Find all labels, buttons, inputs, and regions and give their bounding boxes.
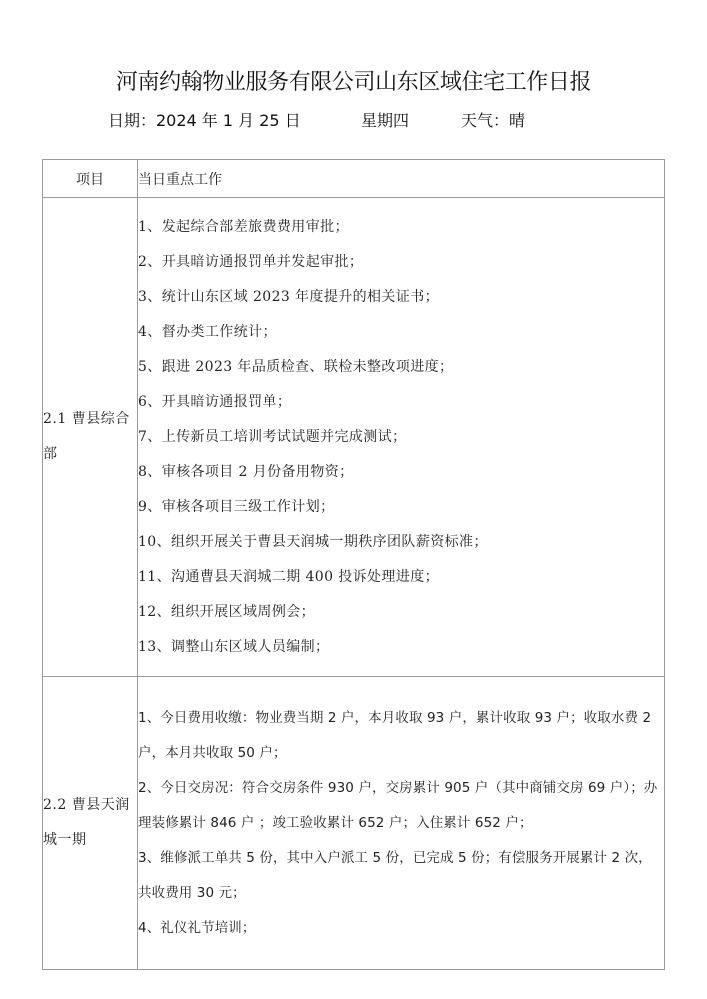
work-item: 4、督办类工作统计； [138, 315, 664, 350]
report-meta: 日期：2024 年 1 月 25 日 星期四 天气：晴 [0, 108, 707, 134]
report-title: 河南约翰物业服务有限公司山东区域住宅工作日报 [0, 68, 707, 98]
work-report-table: 项目 当日重点工作 2.1 曹县综合部 1、发起综合部差旅费费用审批； 2、开具… [42, 159, 665, 970]
work-item: 2、今日交房况：符合交房条件 930 户，交房累计 905 户（其中商铺交房 6… [138, 771, 664, 841]
work-item: 11、沟通曹县天润城二期 400 投诉处理进度； [138, 560, 664, 595]
work-item: 12、组织开展区域周例会； [138, 595, 664, 630]
work-items: 1、发起综合部差旅费费用审批； 2、开具暗访通报罚单并发起审批； 3、统计山东区… [138, 198, 665, 677]
header-project: 项目 [43, 160, 138, 198]
work-item: 8、审核各项目 2 月份备用物资； [138, 455, 664, 490]
project-name: 2.2 曹县天润城一期 [43, 677, 138, 970]
work-item: 2、开具暗访通报罚单并发起审批； [138, 245, 664, 280]
work-item: 3、统计山东区域 2023 年度提升的相关证书； [138, 280, 664, 315]
work-item: 1、发起综合部差旅费费用审批； [138, 210, 664, 245]
work-item: 1、今日费用收缴：物业费当期 2 户，本月收取 93 户，累计收取 93 户；收… [138, 701, 664, 771]
header-work: 当日重点工作 [138, 160, 665, 198]
table-row: 2.2 曹县天润城一期 1、今日费用收缴：物业费当期 2 户，本月收取 93 户… [43, 677, 665, 970]
work-item: 6、开具暗访通报罚单； [138, 385, 664, 420]
table-header-row: 项目 当日重点工作 [43, 160, 665, 198]
work-item: 5、跟进 2023 年品质检查、联检未整改项进度； [138, 350, 664, 385]
work-item: 9、审核各项目三级工作计划； [138, 490, 664, 525]
work-item: 4、礼仪礼节培训； [138, 911, 664, 946]
work-items: 1、今日费用收缴：物业费当期 2 户，本月收取 93 户，累计收取 93 户；收… [138, 677, 665, 970]
work-item: 7、上传新员工培训考试试题并完成测试； [138, 420, 664, 455]
project-name: 2.1 曹县综合部 [43, 198, 138, 677]
work-item: 10、组织开展关于曹县天润城一期秩序团队薪资标准； [138, 525, 664, 560]
report-weekday: 星期四 [361, 108, 409, 134]
report-weather: 天气：晴 [461, 108, 525, 134]
report-date: 日期：2024 年 1 月 25 日 [108, 108, 301, 134]
work-item: 3、维修派工单共 5 份，其中入户派工 5 份，已完成 5 份；有偿服务开展累计… [138, 841, 664, 911]
work-item: 13、调整山东区域人员编制； [138, 630, 664, 665]
table-row: 2.1 曹县综合部 1、发起综合部差旅费费用审批； 2、开具暗访通报罚单并发起审… [43, 198, 665, 677]
